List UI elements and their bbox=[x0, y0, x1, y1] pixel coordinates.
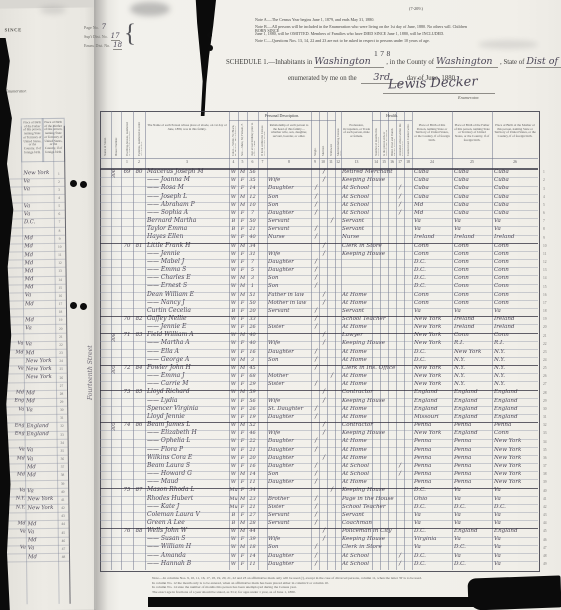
margin-row-number: 13 bbox=[543, 268, 547, 272]
margin-row-number: 1 bbox=[543, 170, 545, 174]
column-number: 6 bbox=[247, 160, 258, 164]
margin-row-number: 34 bbox=[543, 440, 547, 444]
family-divider-line bbox=[100, 316, 538, 317]
prev-row-number: 26 bbox=[57, 375, 66, 379]
prev-row-number: 40 bbox=[58, 490, 67, 494]
family-divider-line bbox=[100, 528, 538, 529]
row-line bbox=[100, 284, 538, 285]
note-line: Note C.—Questions Nos. 13, 14, 22 and 23… bbox=[255, 39, 471, 43]
prev-row-number: 21 bbox=[56, 335, 65, 339]
page-no-label: Page No. bbox=[84, 25, 99, 30]
row-line bbox=[100, 202, 538, 203]
row-line bbox=[100, 218, 538, 219]
binding-hole bbox=[80, 303, 87, 310]
prev-header-cell-a: Place of Birth of the Father of this per… bbox=[21, 118, 45, 162]
prev-row-number: 41 bbox=[58, 498, 67, 502]
column-header-b1: Place of Birth of this Person, naming St… bbox=[414, 124, 450, 156]
column-header-n3: Blind. Deaf and Dumb. Idiotic. Insane. bbox=[391, 122, 395, 156]
column-number: 11 bbox=[327, 160, 335, 164]
margin-row-number: 5 bbox=[543, 203, 545, 207]
row-line bbox=[100, 357, 538, 358]
schedule-title-line: SCHEDULE 1.—Inhabitants in Washington , … bbox=[226, 56, 560, 68]
row-line bbox=[100, 349, 538, 350]
row-line bbox=[100, 463, 538, 464]
prev-row-number: 23 bbox=[57, 351, 66, 355]
row-line bbox=[100, 504, 538, 505]
row-line bbox=[100, 292, 538, 293]
column-number: 9 bbox=[311, 160, 319, 164]
margin-row-number: 32 bbox=[543, 423, 547, 427]
margin-row-number: 35 bbox=[543, 448, 547, 452]
margin-row-number: 19 bbox=[543, 317, 547, 321]
row-line bbox=[100, 210, 538, 211]
family-divider-line bbox=[100, 333, 538, 334]
family-divider-line bbox=[100, 169, 538, 170]
family-divider-line bbox=[100, 390, 538, 391]
prev-row-number: 1 bbox=[54, 171, 63, 175]
margin-row-number: 39 bbox=[543, 480, 547, 484]
row-line bbox=[100, 447, 538, 448]
column-number: 3 bbox=[145, 160, 229, 164]
prev-row-number: 27 bbox=[57, 383, 66, 387]
margin-row-number: 42 bbox=[543, 505, 547, 509]
prev-row-number: 18 bbox=[56, 310, 65, 314]
column-header-b3: Place of Birth of the Mother of this per… bbox=[494, 124, 536, 156]
brace-glyph: { bbox=[124, 20, 136, 48]
margin-row-number: 28 bbox=[543, 391, 547, 395]
margin-row-number: 41 bbox=[543, 497, 547, 501]
prev-row-number: 43 bbox=[59, 514, 68, 518]
margin-row-number: 23 bbox=[543, 350, 547, 354]
enum-dist-label: Enum. Dist. No. bbox=[84, 43, 110, 48]
prev-row-number: 42 bbox=[58, 506, 67, 510]
margin-row-number: 30 bbox=[543, 407, 547, 411]
scan-smudge bbox=[40, 6, 66, 14]
group-band-line bbox=[372, 120, 412, 121]
column-header-un: Number of months this person has been un… bbox=[375, 122, 379, 156]
column-header-mob: If born within the Census year, give the… bbox=[261, 122, 265, 156]
column-header-n4: Attended school within the Census year. bbox=[399, 122, 403, 156]
margin-row-number: 14 bbox=[543, 276, 547, 280]
column-number: 25 bbox=[452, 160, 492, 164]
prev-row-number: 2 bbox=[54, 179, 63, 183]
enumerated-label-1: enumerated by me on the bbox=[288, 75, 357, 82]
note-line: June 1, 1880, will be OMITTED. Members o… bbox=[255, 32, 471, 36]
margin-row-number: 36 bbox=[543, 456, 547, 460]
footnote-line: The exact age in fractions of a year sho… bbox=[152, 590, 482, 594]
row-line bbox=[100, 226, 538, 227]
row-line bbox=[100, 308, 538, 309]
column-header-rel: Relationship of each person to the head … bbox=[269, 124, 309, 156]
scan-bottom-blob bbox=[467, 575, 561, 610]
scan-smudge bbox=[478, 40, 538, 49]
column-header-w: Widowed. bbox=[330, 122, 334, 156]
enum-dist-value: 18 bbox=[113, 41, 122, 50]
margin-row-number: 12 bbox=[543, 260, 547, 264]
margin-row-number: 7 bbox=[543, 219, 545, 223]
row-line bbox=[100, 177, 538, 178]
prev-row-number: 25 bbox=[57, 367, 66, 371]
prev-row-number: 7 bbox=[55, 220, 64, 224]
scan-speck bbox=[207, 32, 212, 38]
margin-row-number: 29 bbox=[543, 399, 547, 403]
scan-speck bbox=[208, 45, 213, 51]
margin-row-number: 22 bbox=[543, 342, 547, 346]
margin-row-number: 49 bbox=[543, 562, 547, 566]
column-header-n5: Cannot read. Cannot write. bbox=[407, 122, 411, 156]
enum-dist-line: Enum. Dist. No. 18 bbox=[84, 41, 122, 50]
prev-row-number: 12 bbox=[55, 261, 64, 265]
column-header-n2: Is the person sick or temporarily disabl… bbox=[383, 122, 387, 156]
margin-row-number: 40 bbox=[543, 489, 547, 493]
binding-hole bbox=[80, 181, 87, 188]
prev-row-number: 24 bbox=[57, 359, 66, 363]
binding-hole bbox=[70, 180, 77, 187]
binding-hole bbox=[70, 302, 77, 309]
row-line bbox=[100, 300, 538, 301]
row-line bbox=[100, 537, 538, 538]
column-header-my: Married during Census year. bbox=[337, 122, 341, 156]
sup-dist-label: Sup't Dist. No. bbox=[84, 34, 108, 39]
margin-row-number: 44 bbox=[543, 521, 547, 525]
enumerator-label: Enumerator. bbox=[458, 95, 479, 100]
prev-row-number: 30 bbox=[57, 408, 66, 412]
prev-row-number: 14 bbox=[56, 277, 65, 281]
margin-row-number: 10 bbox=[543, 244, 547, 248]
row-line bbox=[100, 496, 538, 497]
prev-row-number: 20 bbox=[56, 326, 65, 330]
margin-row-number: 38 bbox=[543, 472, 547, 476]
column-number: 7 bbox=[258, 160, 267, 164]
column-number: 18 bbox=[404, 160, 412, 164]
scan-smudge bbox=[130, 2, 170, 16]
prev-row-number: 48 bbox=[59, 555, 68, 559]
prev-row-number: 13 bbox=[56, 269, 65, 273]
margin-row-number: 17 bbox=[543, 301, 547, 305]
family-divider-line bbox=[100, 422, 538, 423]
prev-row-number: 39 bbox=[58, 481, 67, 485]
margin-row-number: 24 bbox=[543, 358, 547, 362]
column-header-name: The Name of each Person whose place of a… bbox=[147, 124, 227, 156]
prev-row-number: 33 bbox=[58, 432, 67, 436]
prev-row-number: 3 bbox=[55, 188, 64, 192]
page-no-value: 7 bbox=[102, 23, 106, 31]
margin-row-number: 47 bbox=[543, 546, 547, 550]
row-line bbox=[100, 381, 538, 382]
prev-row-number: 46 bbox=[59, 538, 68, 542]
column-header-dwell: Dwelling-houses, numbered in order of vi… bbox=[126, 122, 130, 156]
prev-page-enumerator-label: Enumerator. bbox=[5, 88, 26, 93]
footnote-line: In column No. 12 the month only is to be… bbox=[152, 581, 482, 585]
column-header-fam: Families, numbered in order of visitatio… bbox=[138, 122, 142, 156]
row-line bbox=[100, 455, 538, 456]
column-header-m: Married. bbox=[322, 122, 326, 156]
prev-row-number: 5 bbox=[55, 204, 64, 208]
row-line bbox=[100, 553, 538, 554]
column-number: 10 bbox=[319, 160, 327, 164]
margin-row-number: 15 bbox=[543, 285, 547, 289]
margin-row-number: 2 bbox=[543, 178, 545, 182]
column-header-color: Color.—White, W; Black, B; Mulatto, Mu; … bbox=[232, 122, 236, 156]
note-line: Note A.—The Census Year begins June 1, 1… bbox=[255, 18, 471, 22]
margin-row-number: 8 bbox=[543, 227, 545, 231]
margin-row-number: 3 bbox=[543, 187, 545, 191]
footnote-line: In column No. 14 state the number of mon… bbox=[152, 585, 482, 589]
county-label: , in the County of bbox=[386, 59, 434, 66]
sup-dist-value: 17 bbox=[111, 32, 120, 41]
margin-row-number: 27 bbox=[543, 382, 547, 386]
row-line bbox=[100, 512, 538, 513]
prev-page-since-label: SINCE bbox=[5, 28, 22, 33]
state-handwritten: Dist of Col bbox=[526, 56, 561, 68]
margin-row-number: 26 bbox=[543, 374, 547, 378]
prev-row-number: 38 bbox=[58, 473, 67, 477]
prev-row-number: 8 bbox=[55, 228, 64, 232]
margin-row-number: 20 bbox=[543, 325, 547, 329]
group-label-personal: Personal Description. bbox=[229, 113, 335, 118]
prev-row-number: 28 bbox=[57, 392, 66, 396]
group-label-health: Health. bbox=[372, 113, 412, 118]
enumerator-signature: Lewis Decker bbox=[388, 74, 478, 92]
row-line bbox=[100, 479, 538, 480]
margin-row-number: 31 bbox=[543, 415, 547, 419]
column-number: 8 bbox=[267, 160, 311, 164]
column-header-street: Name of Street. bbox=[104, 122, 108, 156]
margin-row-number: 25 bbox=[543, 366, 547, 370]
row-line bbox=[100, 324, 538, 325]
margin-row-number: 48 bbox=[543, 554, 547, 558]
row-line bbox=[100, 406, 538, 407]
column-header-sex: Sex.—Male, M; Female, F. bbox=[241, 122, 245, 156]
prev-row-line bbox=[7, 561, 69, 563]
column-header-b2: Place of Birth of the Father of this per… bbox=[454, 124, 490, 156]
margin-row-number: 18 bbox=[543, 309, 547, 313]
margin-row-number: 9 bbox=[543, 236, 545, 240]
row-line bbox=[100, 471, 538, 472]
margin-row-number: 21 bbox=[543, 334, 547, 338]
column-number: 2 bbox=[133, 160, 145, 164]
row-line bbox=[100, 373, 538, 374]
column-header-occ: Profession, Occupation, or Trade of each… bbox=[343, 124, 370, 156]
column-number: 14 bbox=[372, 160, 380, 164]
row-line bbox=[100, 561, 538, 562]
prev-row-number: 44 bbox=[59, 522, 68, 526]
column-header-s: Single. bbox=[314, 122, 318, 156]
group-band-line bbox=[229, 120, 336, 121]
column-number: 5 bbox=[238, 160, 247, 164]
row-line bbox=[100, 414, 538, 415]
column-number: 13 bbox=[341, 160, 372, 164]
row-line bbox=[100, 267, 538, 268]
margin-row-number: 45 bbox=[543, 529, 547, 533]
row-line bbox=[100, 545, 538, 546]
footnote-line: Note.—In columns Nos. 9, 10, 11, 16, 17,… bbox=[152, 576, 482, 580]
prev-row-number: 31 bbox=[57, 416, 66, 420]
prev-row-number: 19 bbox=[56, 318, 65, 322]
margin-row-number: 43 bbox=[543, 513, 547, 517]
street-name-vertical: Fourteenth Street bbox=[87, 235, 94, 400]
row-line bbox=[100, 439, 538, 440]
row-line bbox=[100, 251, 538, 252]
form-code: (7-209.) bbox=[396, 6, 436, 11]
prev-row-number: 29 bbox=[57, 400, 66, 404]
row-line bbox=[100, 341, 538, 342]
margin-row-number: 16 bbox=[543, 293, 547, 297]
prev-row-number: 10 bbox=[55, 245, 64, 249]
prev-row-number: 32 bbox=[57, 424, 66, 428]
state-label: , State of bbox=[500, 59, 524, 66]
page-no-line: Page No. 7 bbox=[84, 23, 106, 31]
signature-rule bbox=[383, 93, 495, 94]
city-handwritten: Washington bbox=[314, 56, 384, 68]
prev-row-number: 22 bbox=[56, 343, 65, 347]
prev-row-number: 36 bbox=[58, 457, 67, 461]
census-scan-page: SINCE Enumerator. Place of Birth of the … bbox=[0, 0, 561, 610]
row-line bbox=[100, 259, 538, 260]
row-line bbox=[100, 194, 538, 195]
margin-row-number: 6 bbox=[543, 211, 545, 215]
prev-row-number: 47 bbox=[59, 547, 68, 551]
row-line bbox=[100, 235, 538, 236]
margin-row-number: 33 bbox=[543, 431, 547, 435]
family-divider-line bbox=[100, 243, 538, 244]
prev-row-number: 4 bbox=[55, 196, 64, 200]
column-number: 4 bbox=[229, 160, 238, 164]
prev-row-number: 35 bbox=[58, 449, 67, 453]
family-divider-line bbox=[100, 488, 538, 489]
prev-row-number: 37 bbox=[58, 465, 67, 469]
prev-row-number: 9 bbox=[55, 237, 64, 241]
column-number: 15 bbox=[380, 160, 388, 164]
margin-row-number: 11 bbox=[543, 252, 546, 256]
prev-row-number: 15 bbox=[56, 286, 65, 290]
column-header-age: Age at last birthday prior to June 1, 18… bbox=[251, 122, 255, 156]
column-header-house: House Number. bbox=[115, 122, 119, 156]
county-handwritten: Washington bbox=[436, 56, 498, 68]
prev-row-number: 16 bbox=[56, 294, 65, 298]
column-number: 17 bbox=[396, 160, 404, 164]
prev-row-number: 45 bbox=[59, 530, 68, 534]
column-number: 24 bbox=[412, 160, 452, 164]
prev-row-number: 34 bbox=[58, 441, 67, 445]
row-line bbox=[100, 398, 538, 399]
sup-dist-line: Sup't Dist. No. 17 bbox=[84, 32, 120, 41]
row-line bbox=[100, 275, 538, 276]
margin-row-number: 4 bbox=[543, 195, 545, 199]
prev-row-number: 17 bbox=[56, 302, 65, 306]
column-number: 16 bbox=[388, 160, 396, 164]
margin-row-number: 46 bbox=[543, 538, 547, 542]
margin-row-number: 37 bbox=[543, 464, 547, 468]
row-line bbox=[100, 520, 538, 521]
column-number: 1 bbox=[121, 160, 133, 164]
prev-row-left-entry: Va bbox=[5, 546, 26, 551]
column-number: 26 bbox=[492, 160, 538, 164]
row-line bbox=[100, 430, 538, 431]
prev-row-number: 6 bbox=[55, 212, 64, 216]
schedule-label: SCHEDULE 1.—Inhabitants in bbox=[226, 59, 312, 66]
prev-row-number: 11 bbox=[55, 253, 64, 257]
row-line bbox=[100, 186, 538, 187]
family-divider-line bbox=[100, 365, 538, 366]
